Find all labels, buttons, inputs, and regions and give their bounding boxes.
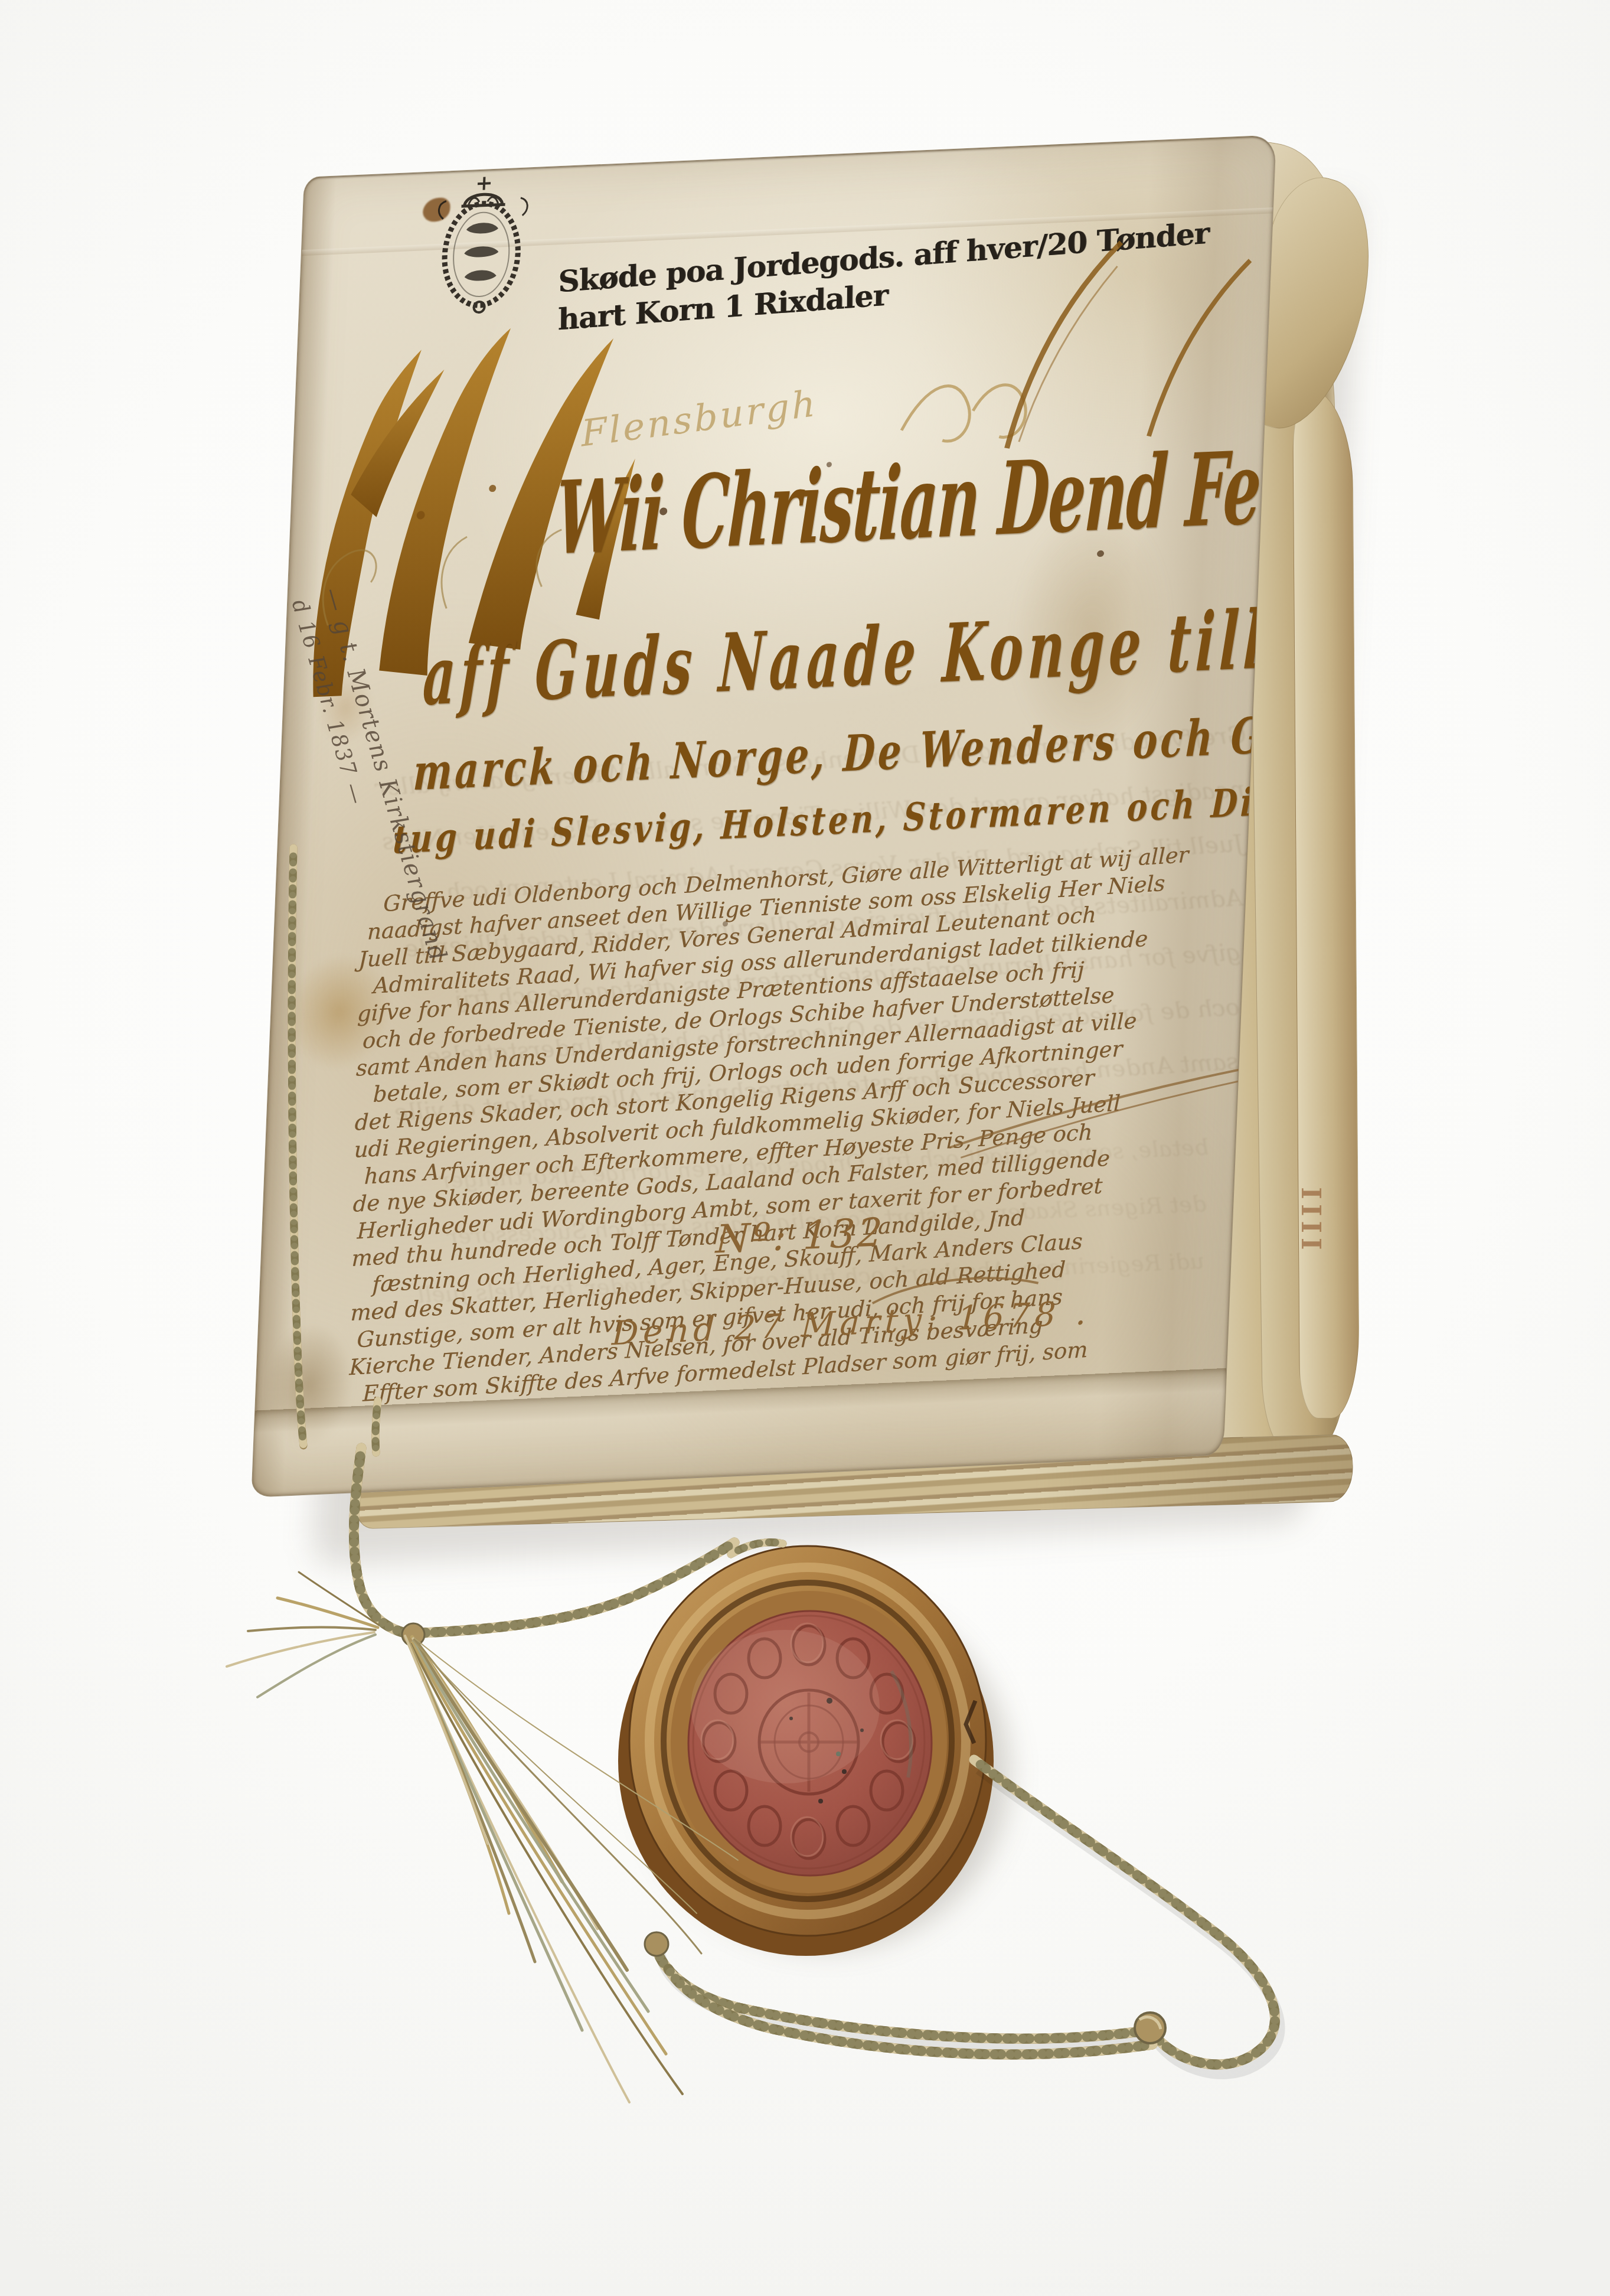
cord-seal-right-loop <box>655 1760 1275 2065</box>
photo-canvas: Skøde poa Jordegods. aff hver/20 Tønder … <box>0 0 1610 2296</box>
cord-left-edge <box>292 848 303 1446</box>
cord-to-tassel <box>354 1448 413 1635</box>
cord-to-seal <box>411 1542 734 1633</box>
cord-plica-stitch <box>375 1401 378 1453</box>
tassel <box>227 1572 738 2102</box>
seal-cord <box>0 0 1610 2296</box>
